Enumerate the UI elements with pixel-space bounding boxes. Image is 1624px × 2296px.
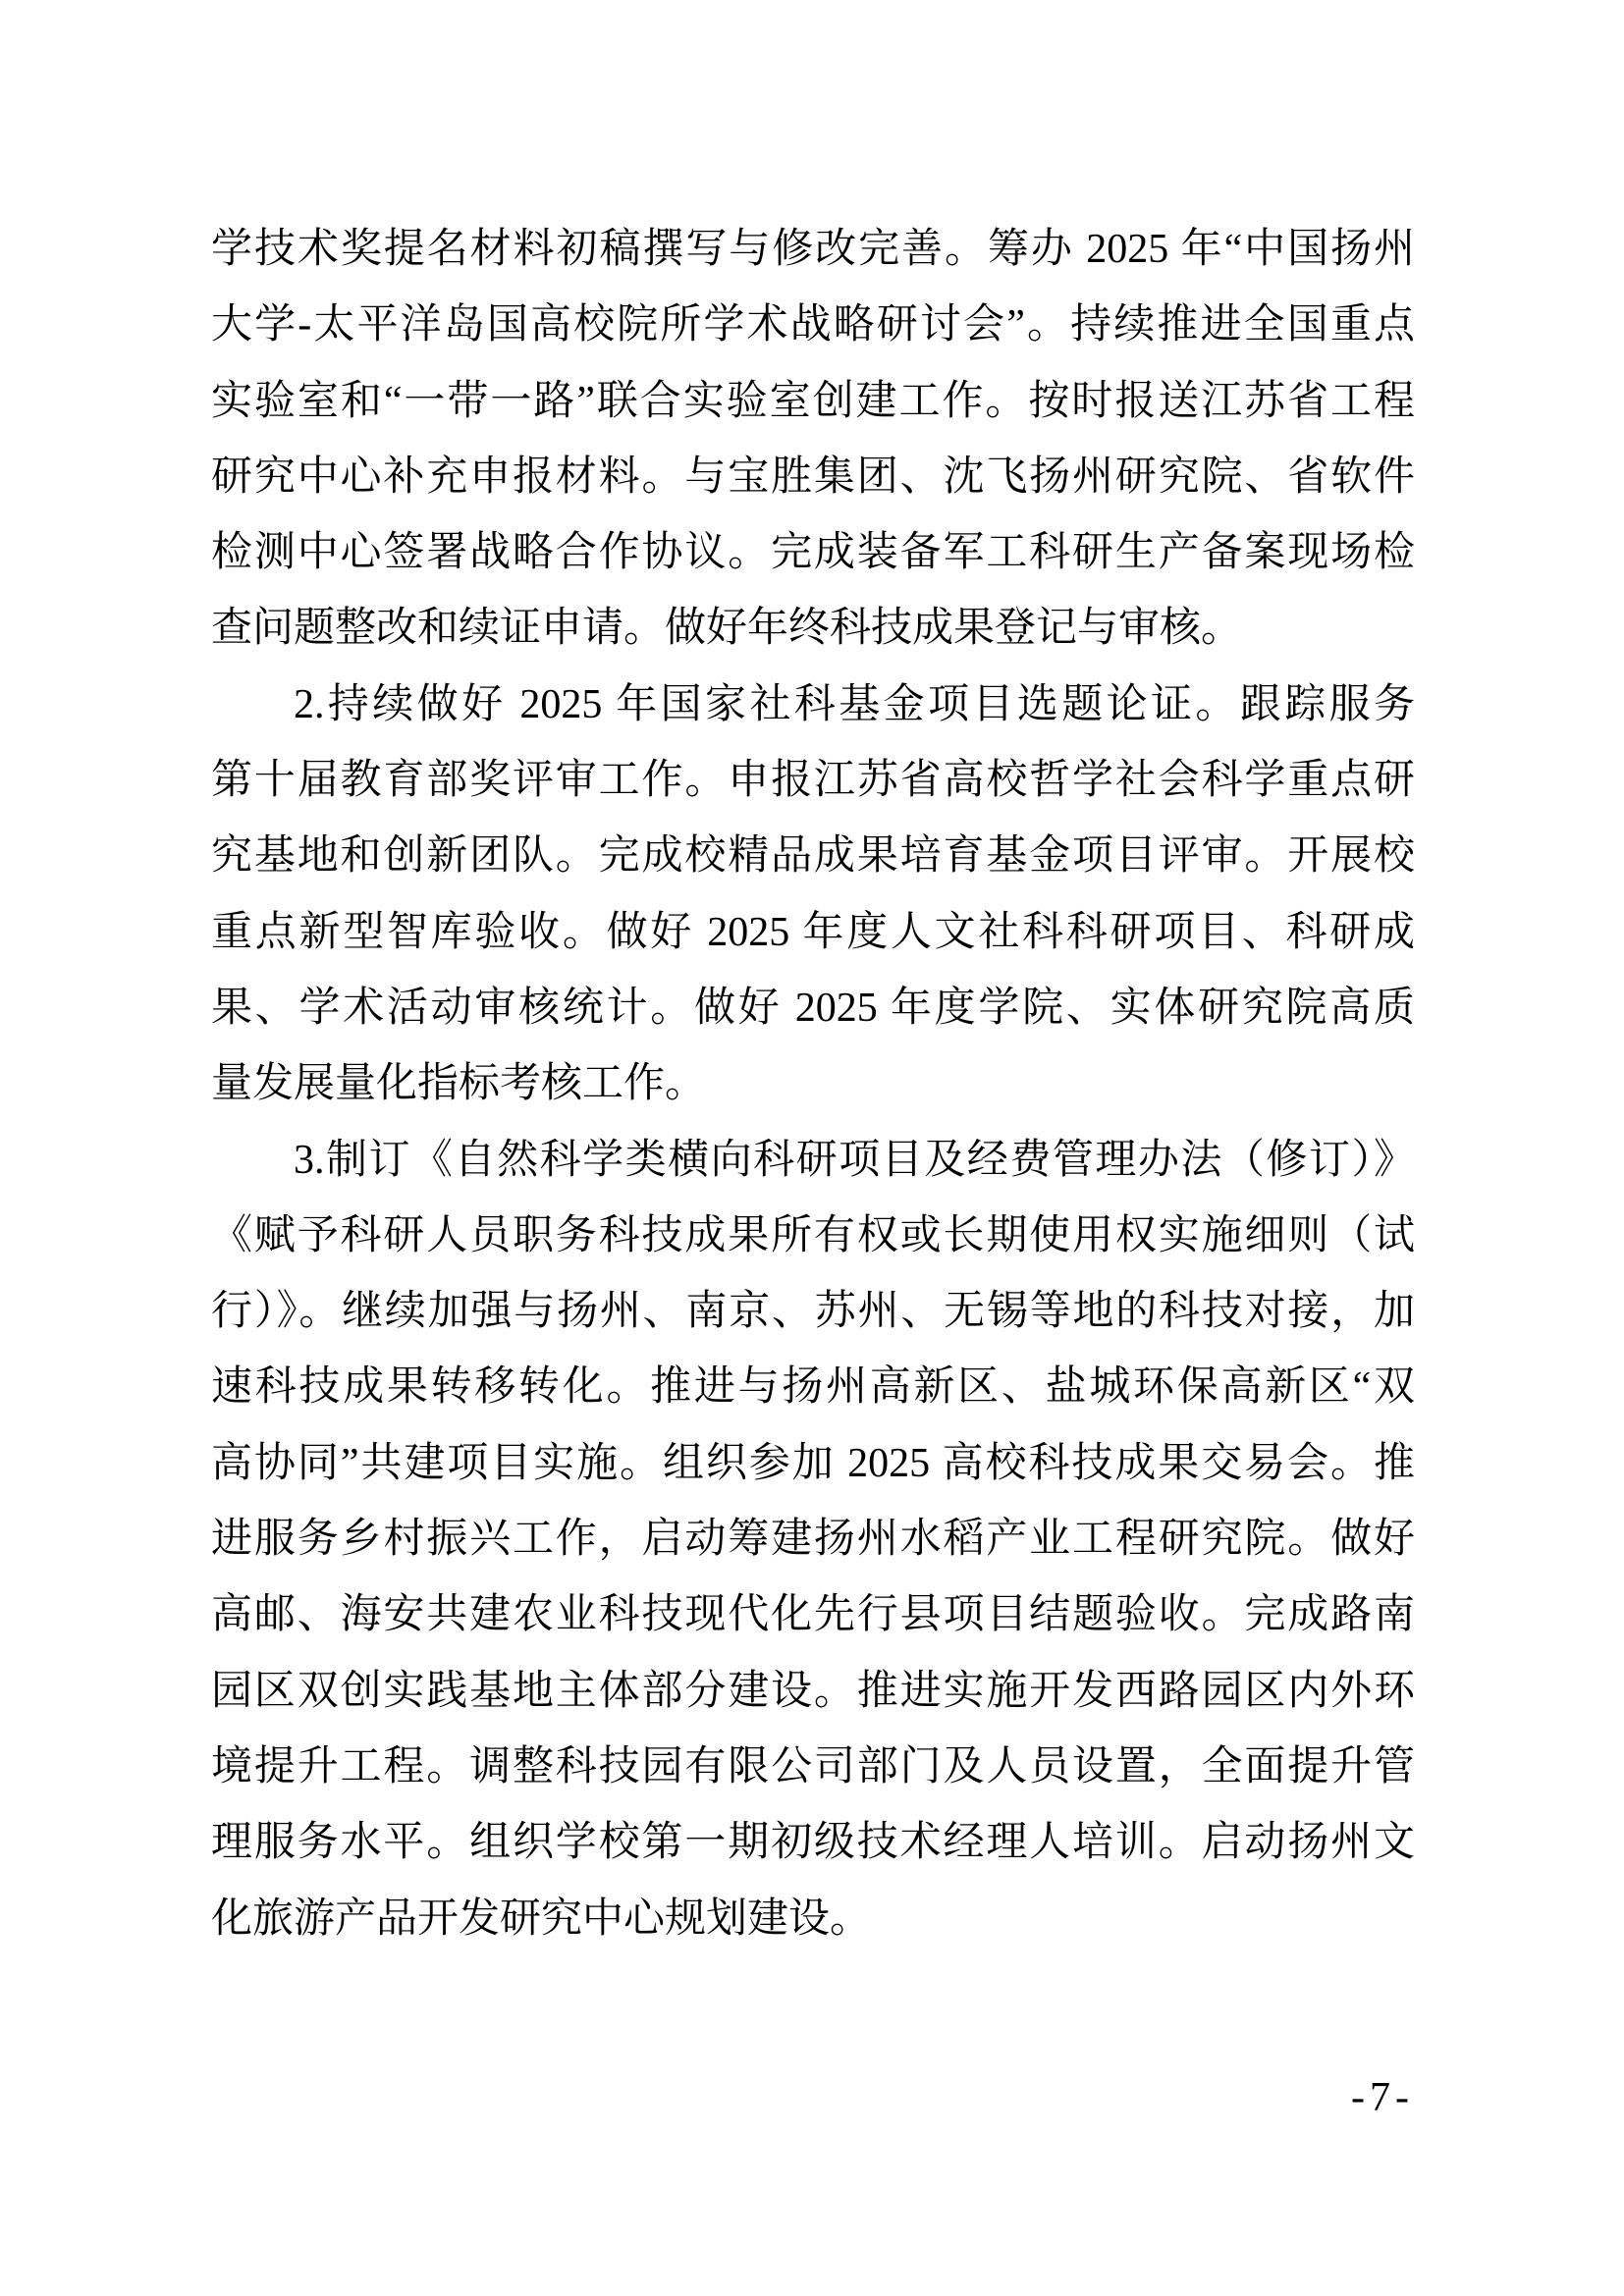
text-line: 学技术奖提名材料初稿撰写与修改完善。筹办 2025 年“中国扬州 (211, 212, 1415, 288)
text-line: 高邮、海安共建农业科技现代化先行县项目结题验收。完成路南 (211, 1577, 1415, 1653)
text-line: 检测中心签署战略合作协议。完成装备军工科研生产备案现场检 (211, 515, 1415, 591)
document-page: 学技术奖提名材料初稿撰写与修改完善。筹办 2025 年“中国扬州大学-太平洋岛国… (0, 0, 1624, 2296)
text-line: 进服务乡村振兴工作，启动筹建扬州水稻产业工程研究院。做好 (211, 1502, 1415, 1577)
text-line: 高协同”共建项目实施。组织参加 2025 高校科技成果交易会。推 (211, 1426, 1415, 1502)
text-line: 行）》。继续加强与扬州、南京、苏州、无锡等地的科技对接，加 (211, 1274, 1415, 1350)
text-line: 量发展量化指标考核工作。 (211, 1046, 1415, 1122)
text-line: 究基地和创新团队。完成校精品成果培育基金项目评审。开展校 (211, 819, 1415, 894)
page-number: -7- (1351, 2073, 1414, 2122)
text-line: 查问题整改和续证申请。做好年终科技成果登记与审核。 (211, 591, 1415, 667)
text-line: 重点新型智库验收。做好 2025 年度人文社科科研项目、科研成 (211, 895, 1415, 971)
text-line: 《赋予科研人员职务科技成果所有权或长期使用权实施细则（试 (211, 1199, 1415, 1274)
text-line: 3.制订《自然科学类横向科研项目及经费管理办法（修订）》 (211, 1123, 1415, 1199)
text-line: 速科技成果转移转化。推进与扬州高新区、盐城环保高新区“双 (211, 1350, 1415, 1425)
text-line: 大学-太平洋岛国高校院所学术战略研讨会”。持续推进全国重点 (211, 288, 1415, 363)
text-line: 2.持续做好 2025 年国家社科基金项目选题论证。跟踪服务 (211, 667, 1415, 743)
text-line: 第十届教育部奖评审工作。申报江苏省高校哲学社会科学重点研 (211, 743, 1415, 819)
text-line: 化旅游产品开发研究中心规划建设。 (211, 1882, 1415, 1957)
text-line: 实验室和“一带一路”联合实验室创建工作。按时报送江苏省工程 (211, 364, 1415, 440)
document-body: 学技术奖提名材料初稿撰写与修改完善。筹办 2025 年“中国扬州大学-太平洋岛国… (211, 212, 1415, 1957)
text-line: 研究中心补充申报材料。与宝胜集团、沈飞扬州研究院、省软件 (211, 440, 1415, 515)
text-line: 理服务水平。组织学校第一期初级技术经理人培训。启动扬州文 (211, 1805, 1415, 1881)
text-line: 果、学术活动审核统计。做好 2025 年度学院、实体研究院高质 (211, 971, 1415, 1046)
text-line: 境提升工程。调整科技园有限公司部门及人员设置，全面提升管 (211, 1730, 1415, 1805)
text-line: 园区双创实践基地主体部分建设。推进实施开发西路园区内外环 (211, 1654, 1415, 1730)
